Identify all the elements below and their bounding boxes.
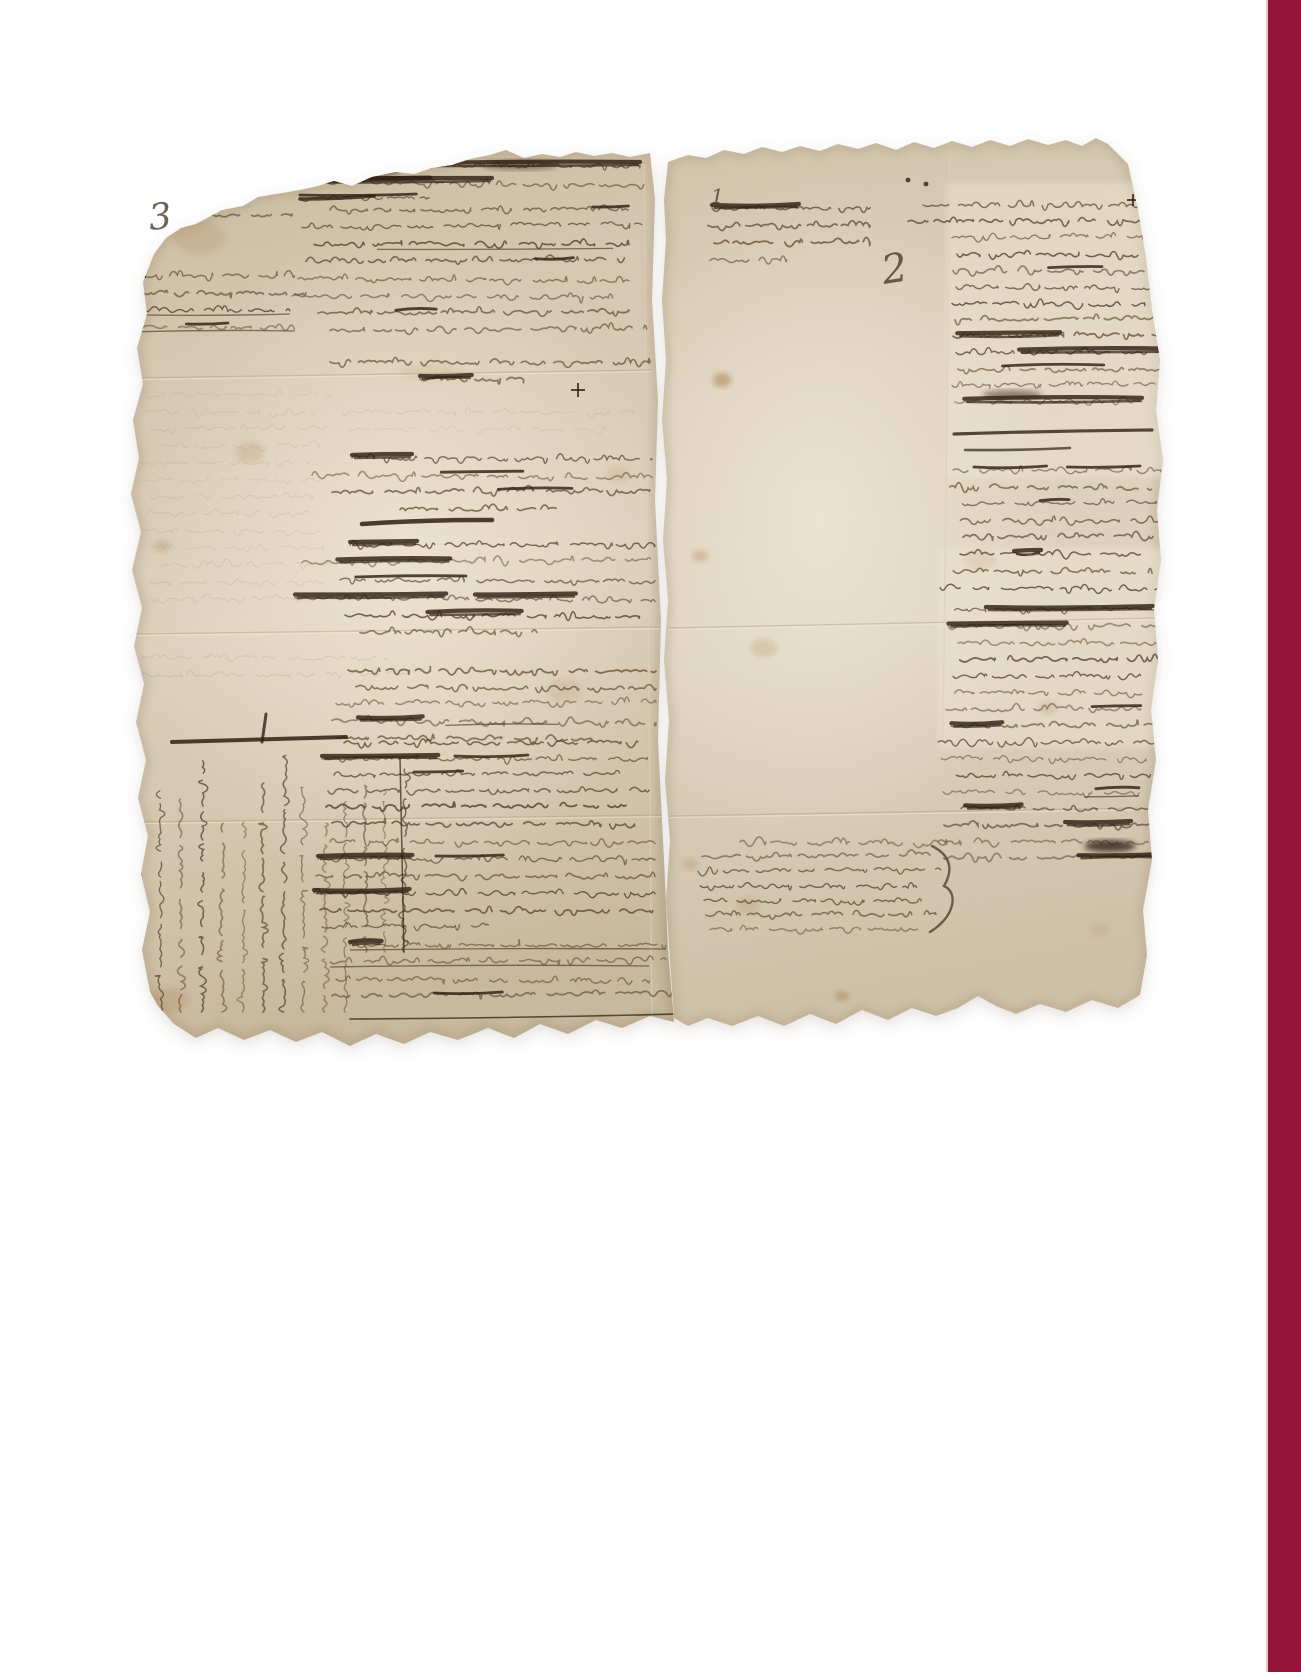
right-page: 2 1 xyxy=(580,138,1169,1026)
ink-dot xyxy=(924,182,929,187)
right-page-margin-number: 1 xyxy=(711,184,724,208)
ink-dot xyxy=(906,178,911,183)
left-page: 3 xyxy=(128,150,678,1046)
manuscript-canvas: 3 2 1 xyxy=(0,0,1301,1672)
ink-smear xyxy=(482,160,558,170)
ink-smear xyxy=(1084,840,1136,852)
accent-band xyxy=(1266,0,1301,1672)
left-page-number: 3 xyxy=(147,196,174,239)
header-margin-bits xyxy=(201,165,281,189)
manuscript-photo-page: 3 2 1 xyxy=(0,0,1301,1672)
ink-smear xyxy=(290,163,400,177)
ink-smear xyxy=(982,390,1042,400)
accent-band-fill xyxy=(1268,0,1301,1672)
